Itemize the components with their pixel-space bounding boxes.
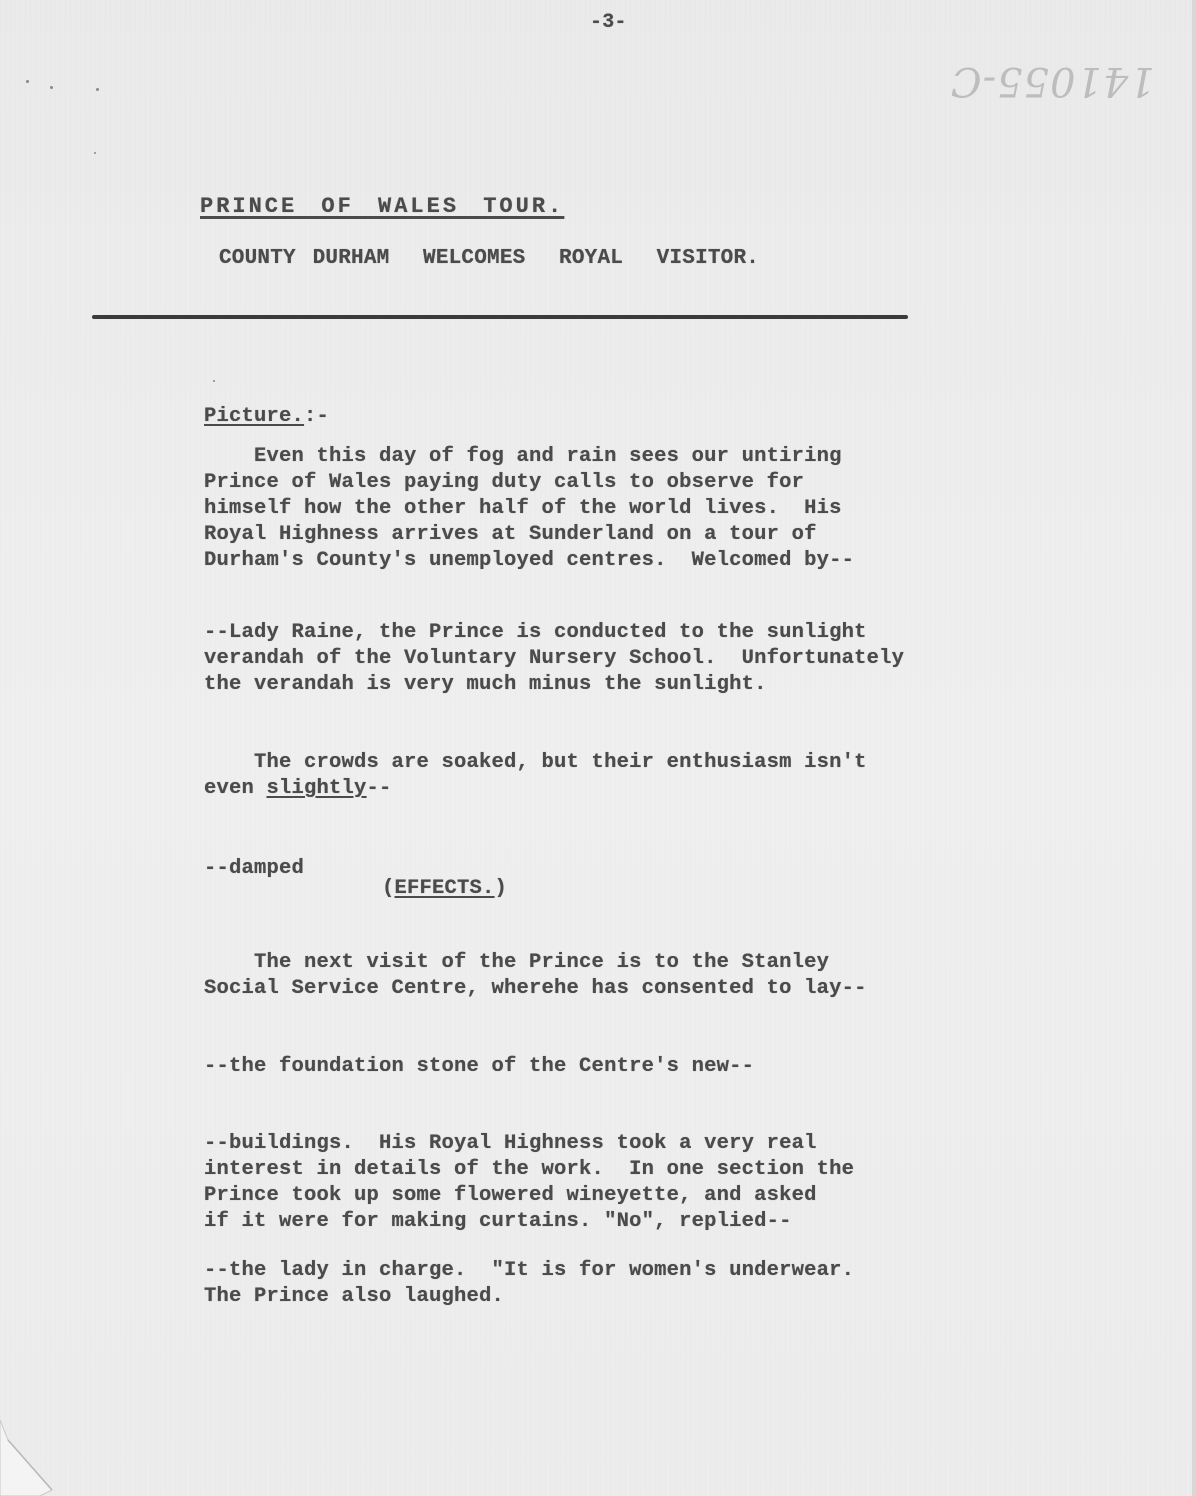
paragraph-lady-in-charge: --the lady in charge. "It is for women's…: [204, 1258, 854, 1310]
paragraph-damped: --damped: [204, 856, 304, 882]
document-subtitle: COUNTY DURHAM WELCOMES ROYAL VISITOR.: [219, 246, 759, 272]
effects-cue: (EFFECTS.): [382, 876, 507, 902]
page-edge: [1192, 0, 1196, 1496]
page-number: -3-: [590, 10, 627, 36]
paragraph-buildings: --buildings. His Royal Highness took a v…: [204, 1131, 854, 1235]
paragraph-crowds: The crowds are soaked, but their enthusi…: [204, 750, 867, 802]
effects-label: EFFECTS.: [395, 877, 495, 900]
paragraph-lady-raine: --Lady Raine, the Prince is conducted to…: [204, 620, 904, 698]
folded-corner-icon: [0, 1420, 60, 1496]
section-label-text: Picture.: [204, 405, 304, 428]
paragraph-stanley: The next visit of the Prince is to the S…: [204, 950, 867, 1002]
paper-speck: [50, 86, 53, 89]
paper-speck: [26, 80, 29, 83]
heading-rule: [92, 315, 908, 319]
effects-open: (: [382, 877, 395, 900]
document-title: PRINCE OF WALES TOUR.: [200, 194, 564, 220]
document-page: -3- 141055-C PRINCE OF WALES TOUR. COUNT…: [0, 0, 1196, 1496]
emphasis-word: slightly: [267, 777, 367, 800]
emphasis-suffix: --: [367, 777, 392, 800]
paragraph-intro: Even this day of fog and rain sees our u…: [204, 444, 854, 574]
section-label: Picture.:-: [204, 404, 329, 430]
section-label-suffix: :-: [304, 405, 329, 428]
effects-close: ): [495, 877, 508, 900]
paper-speck: [96, 88, 99, 91]
paragraph-foundation: --the foundation stone of the Centre's n…: [204, 1054, 754, 1080]
paper-speck: [213, 380, 215, 382]
paper-speck: [94, 152, 96, 154]
handwritten-reference: 141055-C: [950, 58, 1155, 104]
